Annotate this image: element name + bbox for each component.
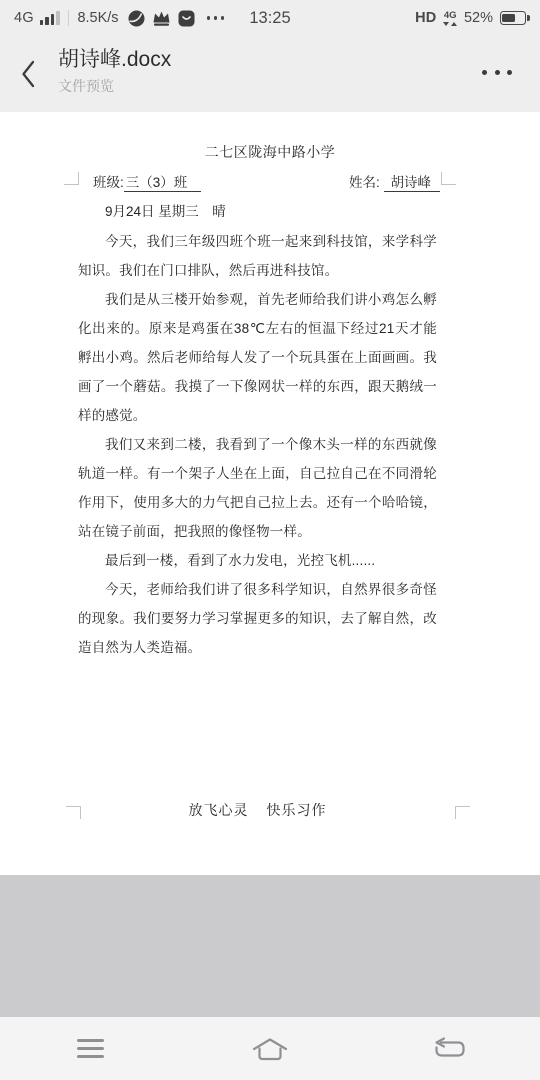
chevron-left-icon	[20, 59, 36, 89]
clock-label: 13:25	[249, 9, 290, 28]
battery-icon	[500, 11, 526, 25]
document-page[interactable]: 二七区陇海中路小学 班级:三（3）班 姓名: 胡诗峰 9月24日 星期三 晴 今…	[0, 112, 540, 875]
notification-icons	[128, 10, 195, 27]
shop-bag-icon	[178, 10, 195, 27]
recent-apps-button[interactable]	[45, 1026, 135, 1072]
browser-ball-icon	[128, 10, 145, 27]
file-preview-header: 胡诗峰.docx 文件预览	[0, 36, 540, 112]
document-school-title: 二七区陇海中路小学	[0, 142, 540, 162]
document-body: 今天，我们三年级四班个班一起来到科技馆，来学科学知识。我们在门口排队，然后再进科…	[78, 227, 437, 662]
navigation-bar	[0, 1017, 540, 1080]
file-preview-subtitle: 文件预览	[58, 76, 171, 96]
mobile-data-icon: 4G	[443, 11, 457, 26]
status-divider	[68, 10, 70, 26]
diary-date-line: 9月24日 星期三 晴	[78, 201, 437, 222]
footer-slogan-right: 快乐习作	[267, 802, 327, 818]
page-footer-slogan: 放飞心灵快乐习作	[78, 800, 437, 820]
status-right-group: HD 4G 52%	[415, 10, 526, 26]
class-label: 班级:	[93, 175, 124, 190]
document-paragraph: 今天，老师给我们讲了很多科学知识，自然界很多奇怪的现象。我们要努力学习掌握更多的…	[78, 575, 437, 662]
phone-screen: 4G 8.5K/s 13:25 HD	[0, 0, 540, 1080]
network-type-label: 4G	[14, 10, 34, 26]
menu-lines-icon	[77, 1039, 104, 1058]
return-arrow-icon	[432, 1037, 468, 1061]
back-button[interactable]	[16, 56, 40, 92]
class-field: 班级:三（3）班	[93, 173, 201, 192]
class-name-row: 班级:三（3）班 姓名: 胡诗峰	[93, 173, 440, 192]
more-notifications-icon	[207, 16, 225, 19]
android-back-button[interactable]	[405, 1026, 495, 1072]
footer-slogan-left: 放飞心灵	[189, 802, 249, 818]
class-value: 三（3）班	[124, 175, 202, 192]
corner-mark-bottom-left	[66, 806, 81, 819]
more-options-button[interactable]	[480, 64, 514, 81]
battery-percent-label: 52%	[464, 10, 493, 26]
corner-mark-top-right	[441, 172, 456, 185]
header-titles: 胡诗峰.docx 文件预览	[58, 46, 171, 96]
name-label: 姓名:	[349, 175, 380, 190]
name-field: 姓名: 胡诗峰	[349, 173, 440, 192]
corner-mark-top-left	[64, 172, 79, 185]
file-name-title: 胡诗峰.docx	[58, 46, 171, 73]
name-value: 胡诗峰	[384, 175, 441, 192]
preview-backdrop[interactable]	[0, 875, 540, 1017]
network-speed-label: 8.5K/s	[77, 10, 118, 26]
document-paragraph: 我们是从三楼开始参观，首先老师给我们讲小鸡怎么孵化出来的。原来是鸡蛋在38℃左右…	[78, 285, 437, 430]
document-paragraph: 最后到一楼，看到了水力发电，光控飞机......	[78, 546, 437, 575]
volte-hd-icon: HD	[415, 10, 436, 26]
document-paragraph: 我们又来到二楼，我看到了一个像木头一样的东西就像轨道一样。有一个架子人坐在上面，…	[78, 430, 437, 546]
crown-icon	[152, 10, 171, 26]
home-icon	[251, 1036, 289, 1062]
document-paragraph: 今天，我们三年级四班个班一起来到科技馆，来学科学知识。我们在门口排队，然后再进科…	[78, 227, 437, 285]
status-bar: 4G 8.5K/s 13:25 HD	[0, 0, 540, 36]
status-left-group: 4G 8.5K/s	[14, 10, 224, 27]
corner-mark-bottom-right	[455, 806, 470, 819]
home-button[interactable]	[225, 1026, 315, 1072]
signal-strength-icon	[40, 11, 60, 25]
